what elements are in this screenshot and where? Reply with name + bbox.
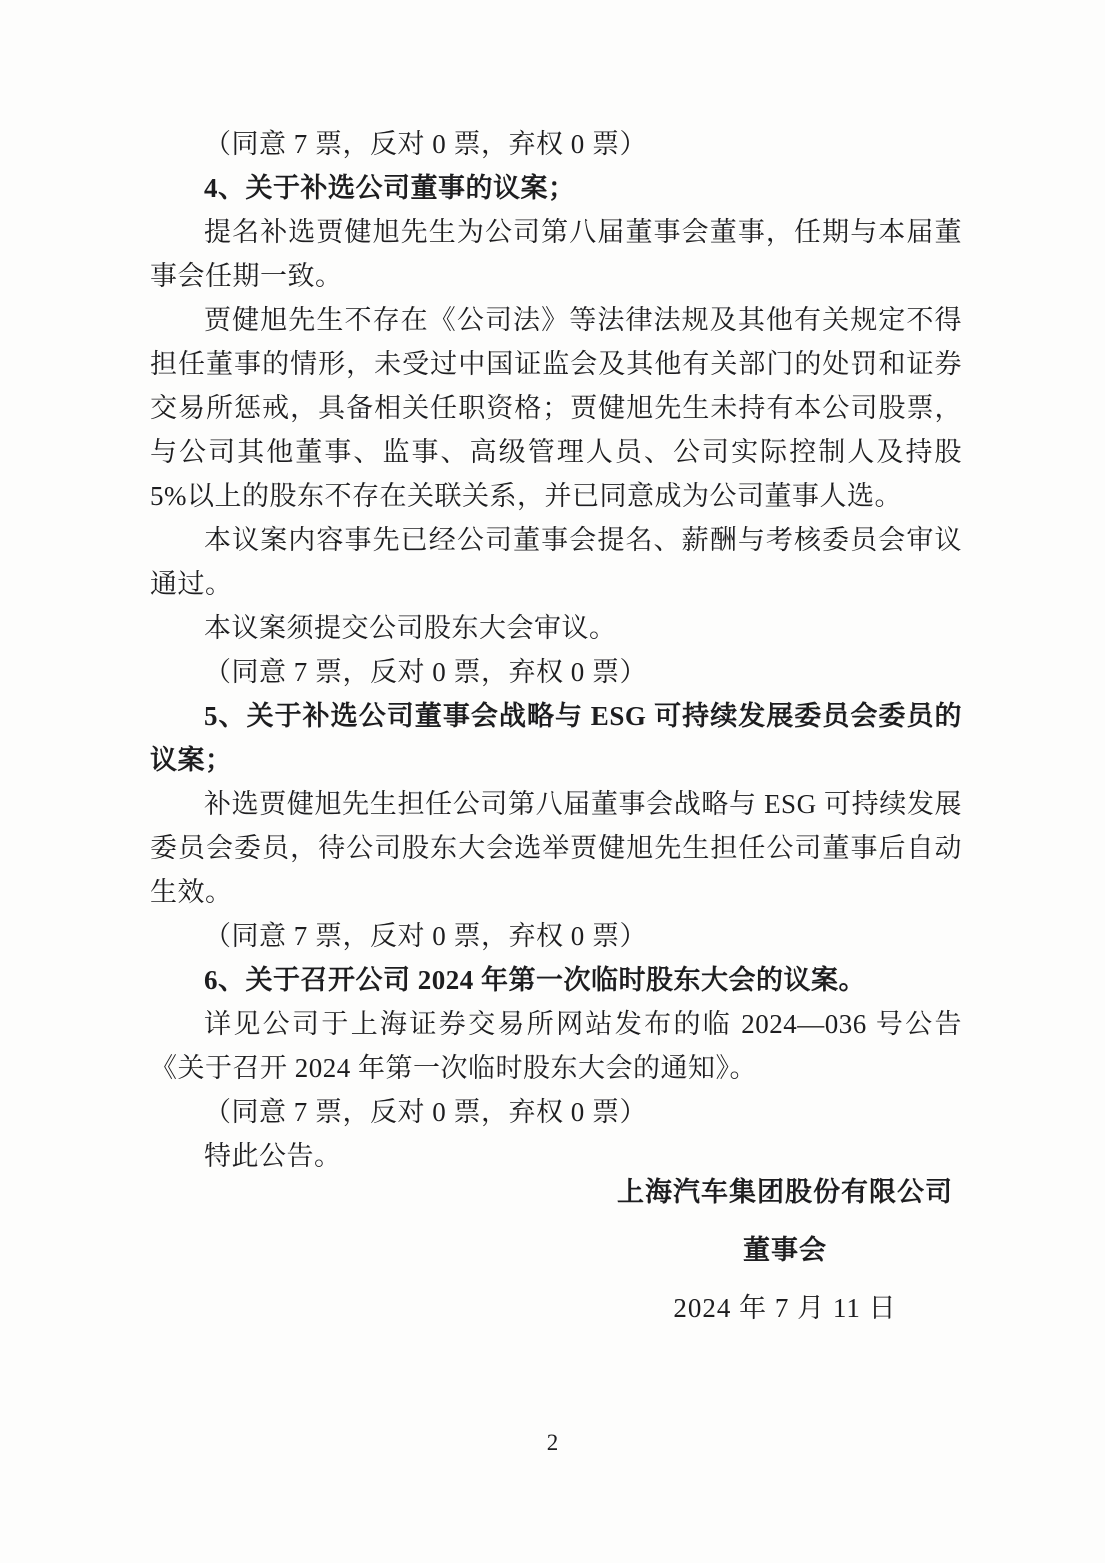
item-4-paragraph-4: 本议案须提交公司股东大会审议。: [150, 606, 962, 650]
announcement-date: 2024 年 7 月 11 日: [615, 1279, 955, 1337]
item-4-paragraph-2: 贾健旭先生不存在《公司法》等法律法规及其他有关规定不得担任董事的情形，未受过中国…: [150, 298, 962, 518]
vote-result-item4: （同意 7 票，反对 0 票，弃权 0 票）: [150, 650, 962, 694]
item-5-heading: 5、关于补选公司董事会战略与 ESG 可持续发展委员会委员的议案；: [150, 694, 962, 782]
page-number: 2: [0, 1428, 1105, 1458]
document-body: （同意 7 票，反对 0 票，弃权 0 票） 4、关于补选公司董事的议案； 提名…: [150, 122, 962, 1178]
item-4-paragraph-3: 本议案内容事先已经公司董事会提名、薪酬与考核委员会审议通过。: [150, 518, 962, 606]
signature-block: 上海汽车集团股份有限公司 董事会 2024 年 7 月 11 日: [615, 1163, 955, 1337]
item-6-heading: 6、关于召开公司 2024 年第一次临时股东大会的议案。: [150, 958, 962, 1002]
vote-result-item6: （同意 7 票，反对 0 票，弃权 0 票）: [150, 1090, 962, 1134]
company-name: 上海汽车集团股份有限公司: [615, 1163, 955, 1221]
document-page: （同意 7 票，反对 0 票，弃权 0 票） 4、关于补选公司董事的议案； 提名…: [0, 0, 1105, 1563]
item-4-heading: 4、关于补选公司董事的议案；: [150, 166, 962, 210]
vote-result-item5: （同意 7 票，反对 0 票，弃权 0 票）: [150, 914, 962, 958]
item-4-paragraph-1: 提名补选贾健旭先生为公司第八届董事会董事，任期与本届董事会任期一致。: [150, 210, 962, 298]
board-label: 董事会: [615, 1221, 955, 1279]
vote-result-item3: （同意 7 票，反对 0 票，弃权 0 票）: [150, 122, 962, 166]
item-6-paragraph-1: 详见公司于上海证券交易所网站发布的临 2024—036 号公告《关于召开 202…: [150, 1002, 962, 1090]
item-5-paragraph-1: 补选贾健旭先生担任公司第八届董事会战略与 ESG 可持续发展委员会委员，待公司股…: [150, 782, 962, 914]
